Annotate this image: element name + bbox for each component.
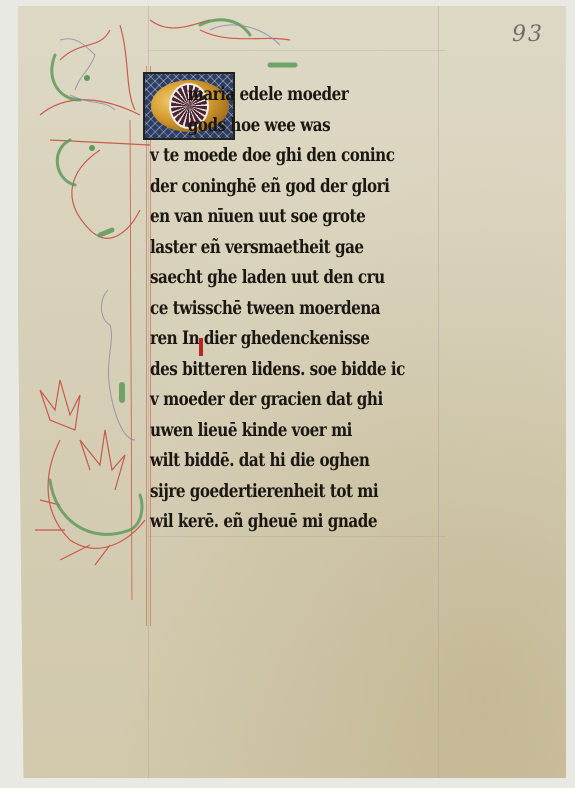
text-line: des bitteren lidens. soe bidde ic xyxy=(150,355,396,386)
text-line: wilt biddē. dat hi die oghen xyxy=(150,446,396,477)
text-line: saecht ghe laden uut den cru xyxy=(150,263,396,294)
text-line: maria edele moeder xyxy=(150,80,396,111)
text-line: laster eñ versmaetheit gae xyxy=(150,233,396,264)
text-line: uwen lieuē kinde voer mi xyxy=(150,416,396,447)
text-line: v moeder der gracien dat ghi xyxy=(150,385,396,416)
text-line: en van nīuen uut soe grote xyxy=(150,202,396,233)
text-line: ren In dier ghedenckenisse xyxy=(150,324,396,355)
folio-number: 93 xyxy=(512,22,544,47)
text-line: v te moede doe ghi den coninc xyxy=(150,141,396,172)
rubric-mark xyxy=(199,338,203,356)
text-line: wil kerē. eñ gheuē mi gnade xyxy=(150,507,396,538)
text-block: maria edele moeder gods hoe wee was v te… xyxy=(150,80,450,538)
text-line: sijre goedertierenheit tot mi xyxy=(150,477,396,508)
text-line: der coninghē eñ god der glori xyxy=(150,172,396,203)
text-line: gods hoe wee was xyxy=(150,111,396,142)
text-line: ce twisschē tween moerdena xyxy=(150,294,396,325)
